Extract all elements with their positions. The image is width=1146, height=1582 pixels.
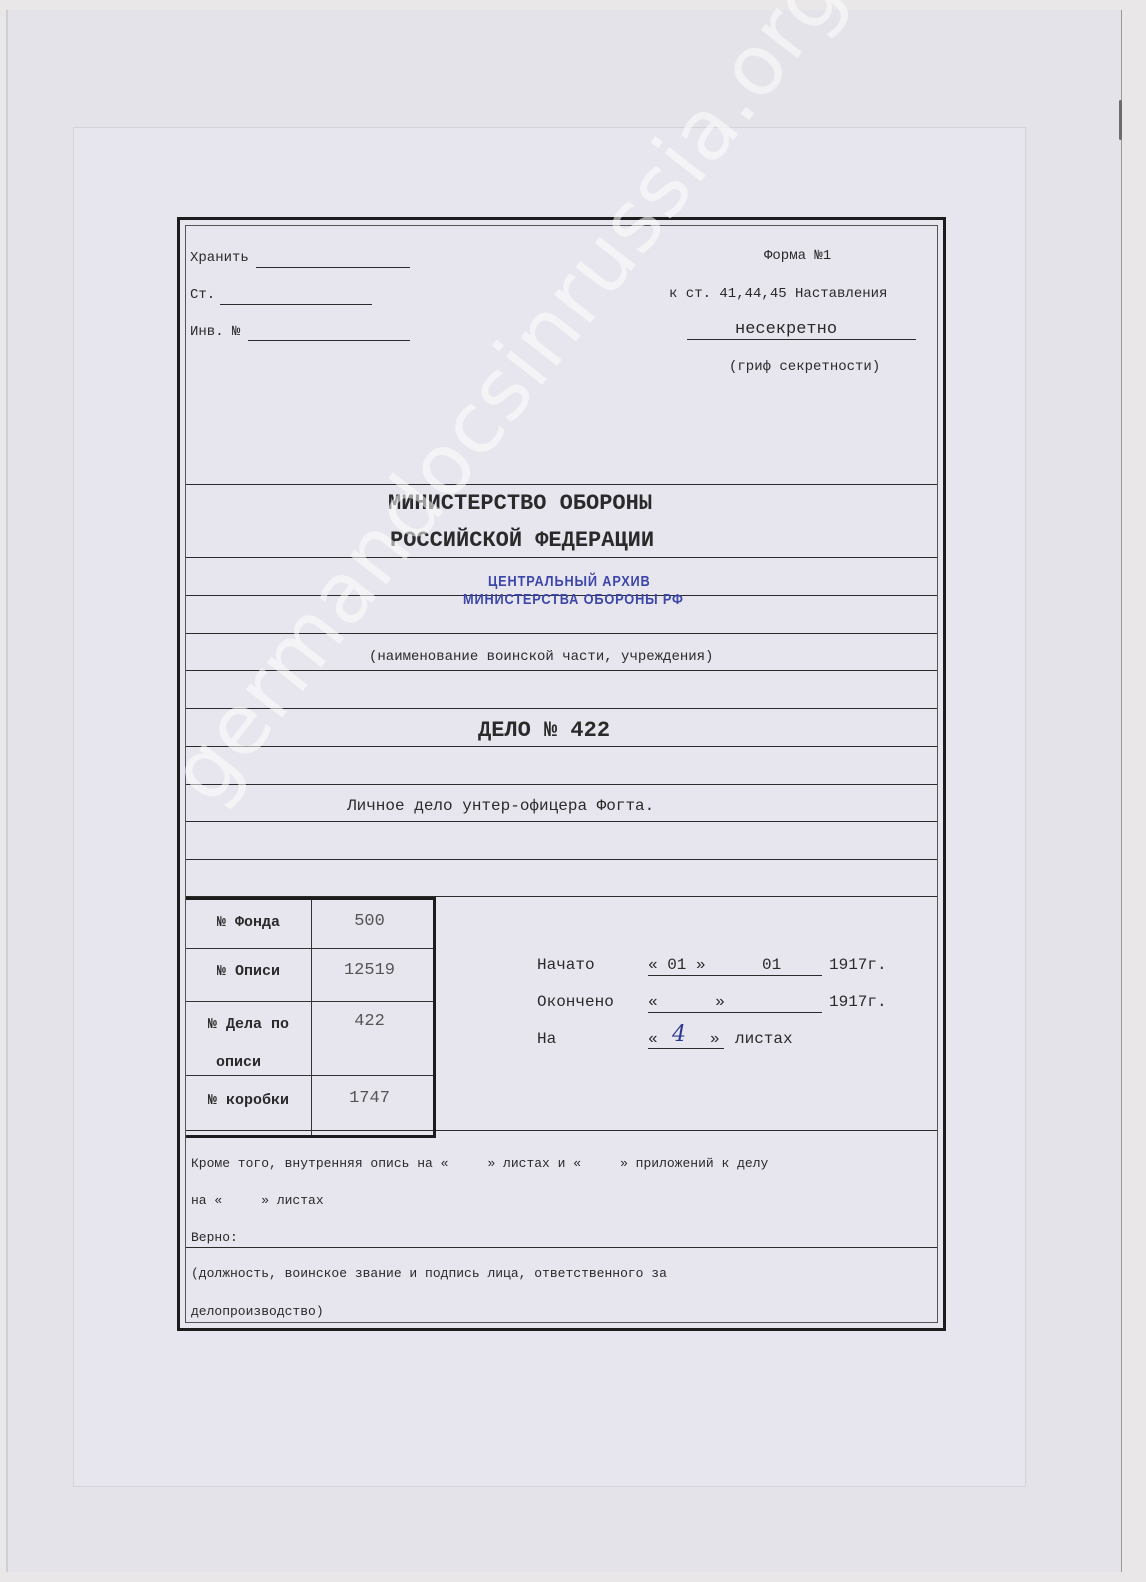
rule-7 xyxy=(186,746,937,747)
store-field-line xyxy=(256,267,410,268)
rule-6 xyxy=(186,708,937,709)
case-description: Личное дело унтер-офицера Фогта. xyxy=(347,797,654,815)
archive-stamp-line-1: ЦЕНТРАЛЬНЫЙ АРХИВ xyxy=(488,573,651,590)
document-sheet: Хранить Ст. Инв. № Форма №1 к ст. 41,44,… xyxy=(73,127,1026,1487)
sheets-text: на « » листах xyxy=(191,1193,324,1208)
unit-caption: (наименование воинской части, учреждения… xyxy=(369,649,713,665)
case-number-label-2: описи xyxy=(176,1054,301,1071)
table-row-box: № коробки 1747 xyxy=(186,1075,433,1130)
inventory-list-label: № Описи xyxy=(186,963,311,980)
article-label: Ст. xyxy=(190,287,215,303)
fund-label: № Фонда xyxy=(186,914,311,931)
inventory-list-value: 12519 xyxy=(312,961,427,980)
started-label: Начато xyxy=(537,956,595,974)
case-cover-form: Хранить Ст. Инв. № Форма №1 к ст. 41,44,… xyxy=(177,217,946,1331)
rule-5 xyxy=(186,670,937,671)
form-inner-frame: Хранить Ст. Инв. № Форма №1 к ст. 41,44,… xyxy=(185,225,938,1323)
archive-reference-table: № Фонда 500 № Описи 12519 № Дела по опис… xyxy=(186,897,436,1138)
sheets-label: На xyxy=(537,1030,556,1048)
sheets-count-handwritten: 4 xyxy=(672,1022,686,1047)
ministry-line-1: МИНИСТЕРСТВО ОБОРОНЫ xyxy=(388,491,652,516)
rule-13 xyxy=(186,1247,937,1248)
rule-2 xyxy=(186,557,937,558)
rule-8 xyxy=(186,784,937,785)
started-day: « 01 » xyxy=(648,956,706,974)
sheets-suffix: листах xyxy=(735,1030,793,1048)
rule-4 xyxy=(186,633,937,634)
sheets-line xyxy=(648,1048,724,1049)
regulation-reference: к ст. 41,44,45 Наставления xyxy=(669,286,887,302)
classification-line xyxy=(687,339,916,340)
started-year: 1917г. xyxy=(829,956,887,974)
box-value: 1747 xyxy=(312,1089,427,1108)
inventory-label: Инв. № xyxy=(190,324,240,340)
responsible-caption-2: делопроизводство) xyxy=(191,1304,324,1319)
sheets-open-quote: « xyxy=(648,1030,658,1048)
store-label: Хранить xyxy=(190,250,249,266)
form-number: Форма №1 xyxy=(764,248,831,264)
case-number-value: 422 xyxy=(312,1012,427,1031)
internal-inventory-text: Кроме того, внутренняя опись на « » лист… xyxy=(191,1156,768,1171)
ended-date-line xyxy=(648,1012,822,1013)
inventory-field-line xyxy=(248,340,410,341)
sheets-close-quote: » xyxy=(710,1030,720,1048)
article-field-line xyxy=(220,304,372,305)
started-date-line xyxy=(648,975,822,976)
table-row-case: № Дела по описи 422 xyxy=(186,1001,433,1076)
table-row-fund: № Фонда 500 xyxy=(186,897,433,948)
box-label: № коробки xyxy=(186,1092,311,1109)
ended-label: Окончено xyxy=(537,993,614,1011)
case-number-label-1: № Дела по xyxy=(186,1016,311,1033)
table-row-inventory: № Описи 12519 xyxy=(186,948,433,1001)
case-title: ДЕЛО № 422 xyxy=(478,718,610,743)
started-month: 01 xyxy=(762,956,781,974)
rule-1 xyxy=(186,484,937,485)
classification-value: несекретно xyxy=(735,320,837,339)
ended-year: 1917г. xyxy=(829,993,887,1011)
certified-label: Верно: xyxy=(191,1230,238,1245)
ministry-line-2: РОССИЙСКОЙ ФЕДЕРАЦИИ xyxy=(390,528,654,553)
folder-edge-shadow xyxy=(1119,100,1122,140)
rule-10 xyxy=(186,859,937,860)
ended-day: « » xyxy=(648,993,725,1011)
rule-9 xyxy=(186,821,937,822)
responsible-caption-1: (должность, воинское звание и подпись ли… xyxy=(191,1266,667,1281)
classification-caption: (гриф секретности) xyxy=(729,359,880,375)
archive-stamp-line-2: МИНИСТЕРСТВА ОБОРОНЫ РФ xyxy=(463,591,684,608)
fund-value: 500 xyxy=(312,912,427,931)
